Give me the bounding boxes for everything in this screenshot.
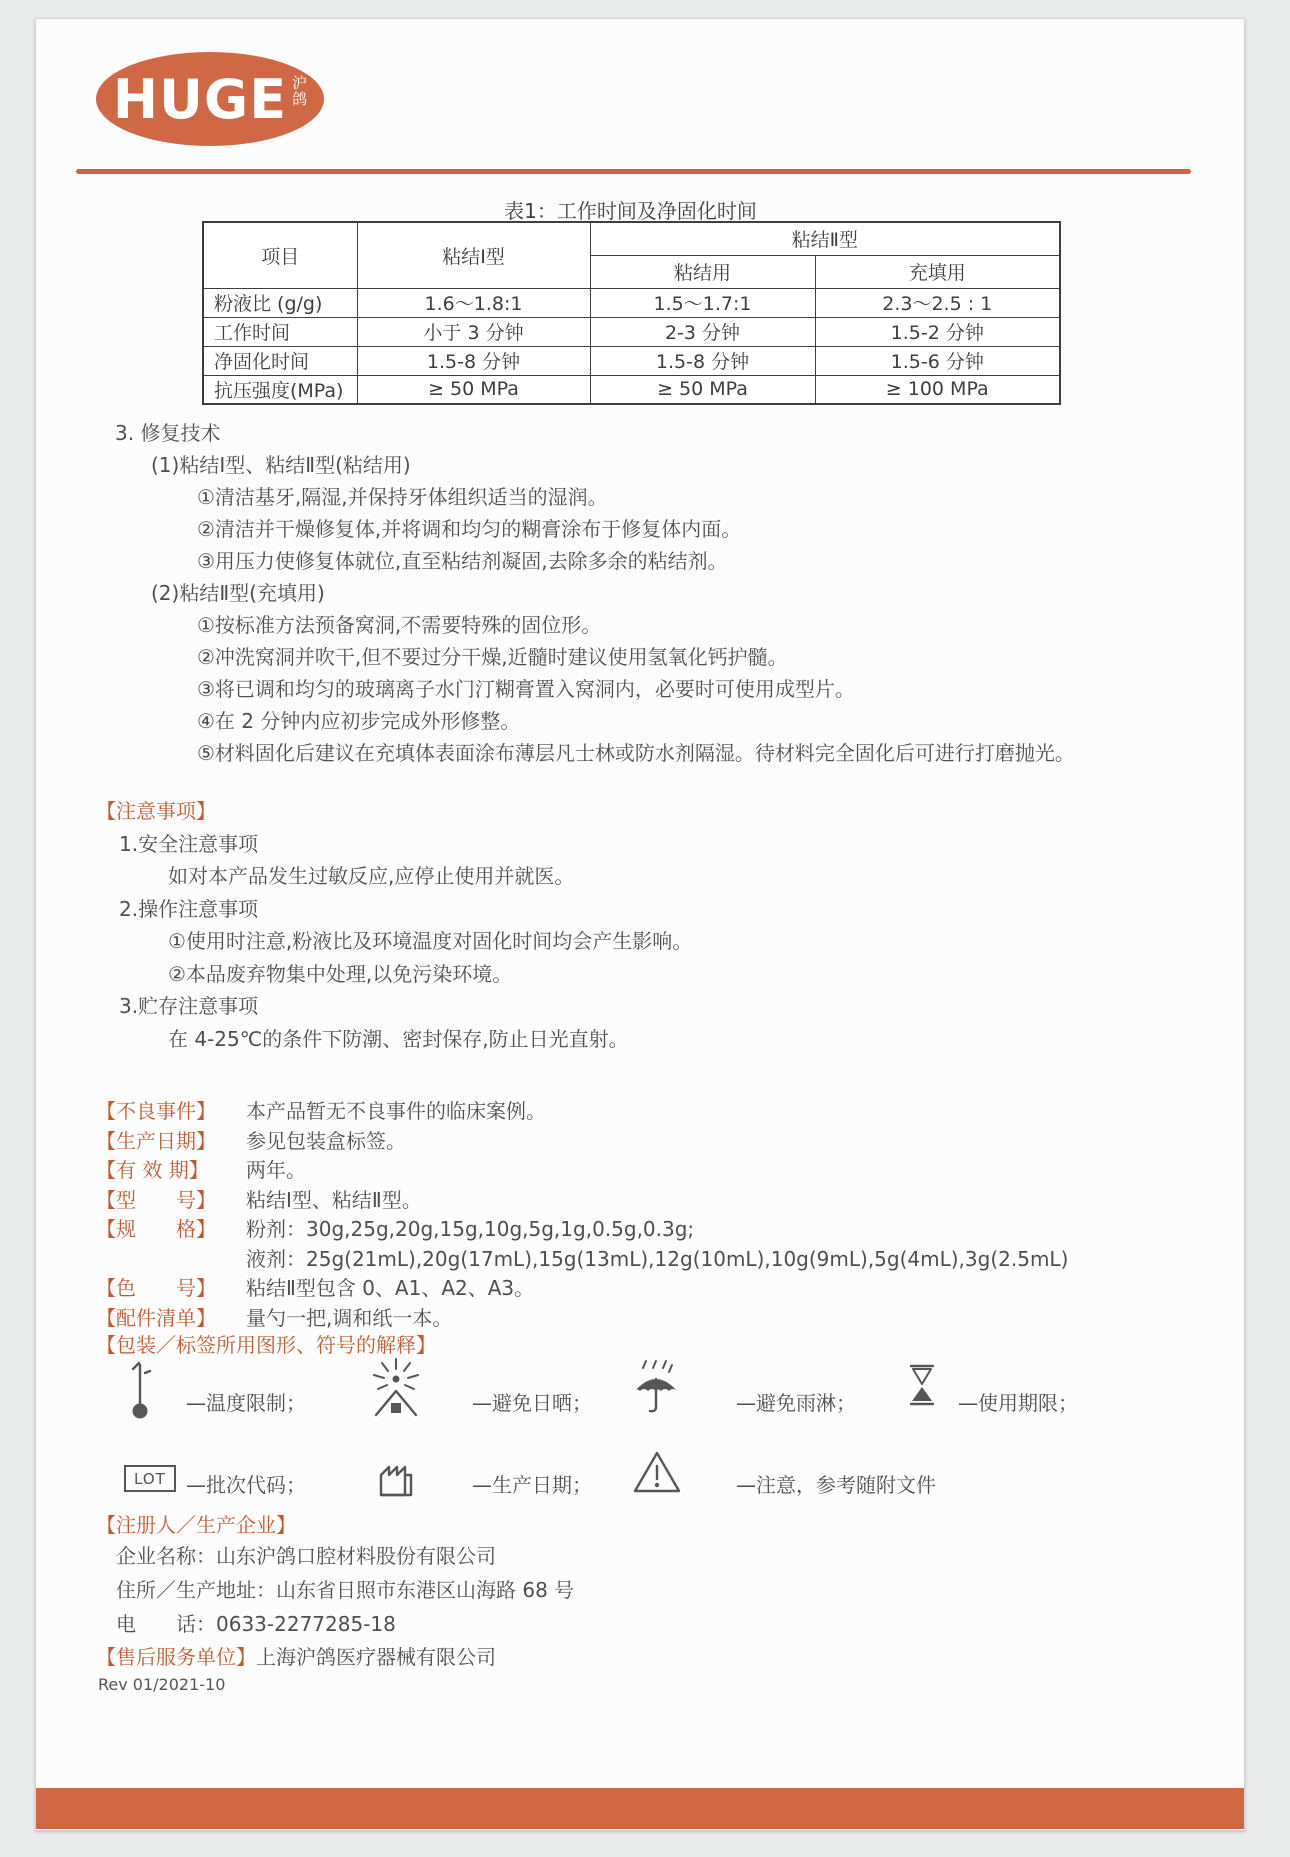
- symbol-label: —温度限制；: [186, 1387, 306, 1416]
- note-line: 如对本产品发生过敏反应,应停止使用并就医。: [96, 860, 692, 893]
- symbol-label: —注意，参考随附文件: [736, 1469, 936, 1498]
- step-line: ③用压力使修复体就位,直至粘结剂凝固,去除多余的粘结剂。: [115, 545, 1075, 577]
- section-heading: 【注意事项】: [96, 795, 692, 828]
- caution-triangle-icon: [632, 1449, 682, 1499]
- registrant-section-heading: 【注册人／生产企业】: [96, 1509, 296, 1538]
- revision-label: Rev 01/2021-10: [98, 1675, 225, 1694]
- symbol-label: —生产日期；: [472, 1469, 592, 1498]
- col-header-type2-fill: 充填用: [815, 255, 1060, 288]
- manufacturer-info: 企业名称：山东沪鸽口腔材料股份有限公司 住所／生产地址：山东省日照市东港区山海路…: [116, 1539, 574, 1641]
- hourglass-icon: [908, 1363, 936, 1411]
- repair-technique-section: 3. 修复技术 (1)粘结Ⅰ型、粘结Ⅱ型(粘结用) ①清洁基牙,隔湿,并保持牙体…: [115, 417, 1075, 769]
- table-row: 净固化时间 1.5-8 分钟 1.5-8 分钟 1.5-6 分钟: [203, 346, 1060, 375]
- lot-batch-code-icon: LOT: [124, 1465, 176, 1492]
- step-line: ③将已调和均匀的玻璃离子水门汀糊膏置入窝洞内，必要时可使用成型片。: [115, 673, 1075, 705]
- instruction-sheet: { "colors": { "accent": "#d06845", "head…: [0, 0, 1290, 1857]
- info-entry: 【生产日期】参见包装盒标签。: [96, 1127, 1068, 1157]
- info-entry: 【有 效 期】两年。: [96, 1156, 1068, 1186]
- precautions-section: 【注意事项】 1.安全注意事项 如对本产品发生过敏反应,应停止使用并就医。 2.…: [96, 795, 692, 1055]
- table-title: 表1：工作时间及净固化时间: [202, 195, 1059, 224]
- after-sale-service-line: 【售后服务单位】上海沪鸽医疗器械有限公司: [96, 1641, 496, 1670]
- bottom-accent-bar: [36, 1788, 1244, 1829]
- address-line: 住所／生产地址：山东省日照市东港区山海路 68 号: [116, 1573, 574, 1607]
- brand-chinese-name: 沪 鸽: [292, 75, 307, 108]
- info-entry: 【规 格】粉剂：30g,25g,20g,15g,10g,5g,1g,0.5g,0…: [96, 1215, 1068, 1245]
- working-time-table: 项目 粘结Ⅰ型 粘结Ⅱ型 粘结用 充填用 粉液比 (g/g) 1.6～1.8:1…: [202, 221, 1061, 405]
- sub-heading: (1)粘结Ⅰ型、粘结Ⅱ型(粘结用): [115, 449, 1075, 481]
- step-line: ①清洁基牙,隔湿,并保持牙体组织适当的湿润。: [115, 481, 1075, 513]
- keep-dry-umbrella-icon: [632, 1359, 680, 1419]
- table-row: 粉液比 (g/g) 1.6～1.8:1 1.5～1.7:1 2.3～2.5 : …: [203, 288, 1060, 317]
- table-row: 抗压强度(MPa) ≥ 50 MPa ≥ 50 MPa ≥ 100 MPa: [203, 375, 1060, 404]
- table-row: 工作时间 小于 3 分钟 2-3 分钟 1.5-2 分钟: [203, 317, 1060, 346]
- huge-brand-logo: HUGE 沪 鸽: [96, 52, 324, 146]
- symbol-label: —使用期限；: [958, 1387, 1078, 1416]
- symbol-label: —避免雨淋；: [736, 1387, 856, 1416]
- factory-icon: [374, 1451, 418, 1503]
- step-line: ②清洁并干燥修复体,并将调和均匀的糊膏涂布于修复体内面。: [115, 513, 1075, 545]
- col-header-type2: 粘结Ⅱ型: [590, 222, 1060, 255]
- info-entry: 【不良事件】本产品暂无不良事件的临床案例。: [96, 1097, 1068, 1127]
- brand-name: HUGE: [113, 68, 287, 131]
- symbols-section-heading: 【包装／标签所用图形、符号的解释】: [96, 1329, 436, 1358]
- product-info-entries: 【不良事件】本产品暂无不良事件的临床案例。 【生产日期】参见包装盒标签。 【有 …: [96, 1097, 1068, 1333]
- section-heading: 3. 修复技术: [115, 417, 1075, 449]
- note-line: 在 4-25℃的条件下防潮、密封保存,防止日光直射。: [96, 1023, 692, 1056]
- note-title: 1.安全注意事项: [96, 828, 692, 861]
- step-line: ②冲洗窝洞并吹干,但不要过分干燥,近髓时建议使用氢氧化钙护髓。: [115, 641, 1075, 673]
- phone-line: 电 话：0633-2277285-18: [116, 1607, 574, 1641]
- note-line: ②本品废弃物集中处理,以免污染环境。: [96, 958, 692, 991]
- symbol-label: —避免日晒；: [472, 1387, 592, 1416]
- info-entry: 【色 号】粘结Ⅱ型包含 0、A1、A2、A3。: [96, 1274, 1068, 1304]
- step-line: ④在 2 分钟内应初步完成外形修整。: [115, 705, 1075, 737]
- symbol-label: —批次代码；: [186, 1469, 306, 1498]
- note-title: 3.贮存注意事项: [96, 990, 692, 1023]
- step-line: ①按标准方法预备窝洞,不需要特殊的固位形。: [115, 609, 1075, 641]
- col-header-type1: 粘结Ⅰ型: [357, 222, 590, 288]
- col-header-type2-bond: 粘结用: [590, 255, 815, 288]
- step-line: ⑤材料固化后建议在充填体表面涂布薄层凡士林或防水剂隔湿。待材料完全固化后可进行打…: [115, 737, 1075, 769]
- sub-heading: (2)粘结Ⅱ型(充填用): [115, 577, 1075, 609]
- keep-away-from-sunlight-icon: [370, 1357, 422, 1423]
- company-name-line: 企业名称：山东沪鸽口腔材料股份有限公司: [116, 1539, 574, 1573]
- col-header-item: 项目: [203, 222, 357, 288]
- info-entry-continuation: 液剂：25g(21mL),20g(17mL),15g(13mL),12g(10m…: [96, 1245, 1068, 1275]
- note-line: ①使用时注意,粉液比及环境温度对固化时间均会产生影响。: [96, 925, 692, 958]
- orange-divider: [76, 169, 1191, 174]
- note-title: 2.操作注意事项: [96, 893, 692, 926]
- info-entry: 【型 号】粘结Ⅰ型、粘结Ⅱ型。: [96, 1186, 1068, 1216]
- thermometer-icon: [124, 1359, 154, 1427]
- document-page: HUGE 沪 鸽 表1：工作时间及净固化时间 项目 粘结Ⅰ型 粘结Ⅱ型 粘结用 …: [35, 18, 1245, 1831]
